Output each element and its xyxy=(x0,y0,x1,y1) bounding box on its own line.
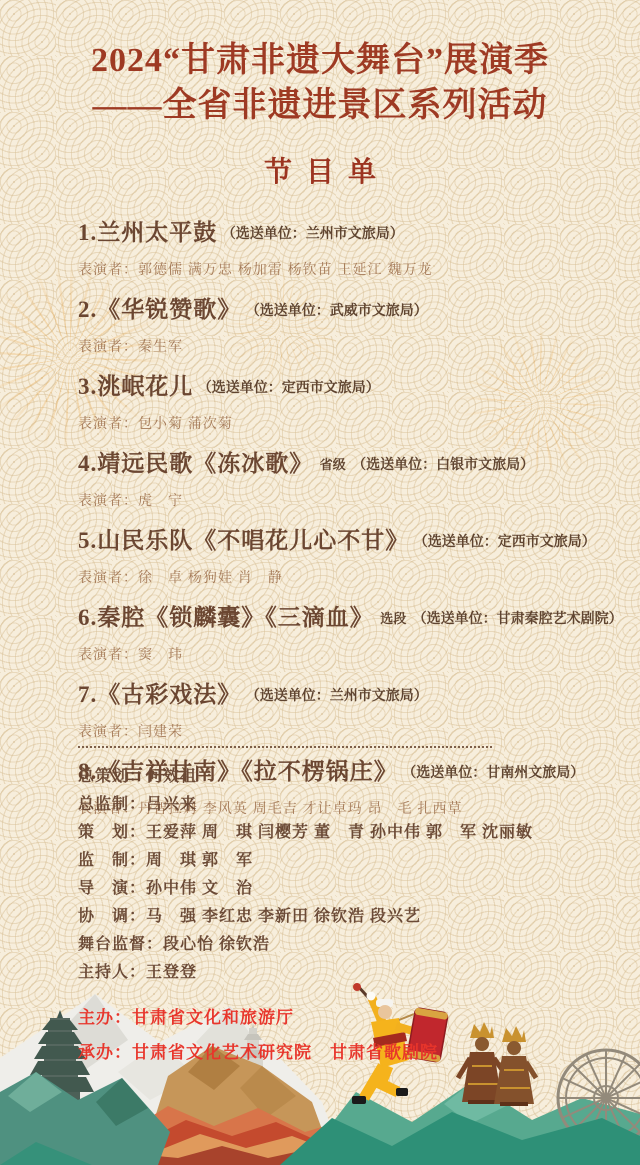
credit-line: 总监制：吕兴来 xyxy=(78,791,600,819)
program-poster: 2024“甘肃非遗大舞台”展演季 ——全省非遗进景区系列活动 节目单 1.兰州太… xyxy=(0,0,640,1165)
poster-title-line1: 2024“甘肃非遗大舞台”展演季 xyxy=(0,38,640,83)
program-performers: 表演者：秦生军 xyxy=(78,336,604,356)
organizer-line: 主办：甘肃省文化和旅游厅 xyxy=(78,1000,600,1035)
organizer-line: 承办：甘肃省文化艺术研究院 甘肃省歌剧院 xyxy=(78,1035,600,1070)
credit-line: 导 演：孙中伟 文 治 xyxy=(78,875,600,903)
program-title-row: 5.山民乐队《不唱花儿心不甘》 （选送单位：定西市文旅局） xyxy=(78,526,604,559)
program-title: 4.靖远民歌《冻冰歌》 xyxy=(78,451,313,476)
program-title: 3.洮岷花儿 xyxy=(78,374,193,399)
credits-block: 总策划：何效祖 总监制：吕兴来 策 划：王爱萍 周 琪 闫樱芳 董 青 孙中伟 … xyxy=(78,763,600,987)
organizer-value: 甘肃省文化艺术研究院 甘肃省歌剧院 xyxy=(132,1043,438,1062)
program-item: 1.兰州太平鼓 （选送单位：兰州市文旅局） 表演者：郭德儒 满万忠 杨加雷 杨钦… xyxy=(78,218,604,279)
organizer-label: 承办： xyxy=(78,1043,132,1062)
program-submitting-unit: （选送单位：定西市文旅局） xyxy=(198,379,380,395)
credit-line: 舞台监督：段心怡 徐钦浩 xyxy=(78,931,600,959)
credit-names: 王登登 xyxy=(146,964,197,981)
dotted-divider xyxy=(78,746,492,748)
credit-role: 总监制： xyxy=(78,796,146,813)
credit-line: 总策划：何效祖 xyxy=(78,763,600,791)
poster-title-line2: ——全省非遗进景区系列活动 xyxy=(0,83,640,128)
organizer-value: 甘肃省文化和旅游厅 xyxy=(132,1008,294,1027)
program-performers: 表演者：郭德儒 满万忠 杨加雷 杨钦苗 王延江 魏万龙 xyxy=(78,259,604,279)
program-title: 2.《华锐赞歌》 xyxy=(78,297,241,322)
poster-title: 2024“甘肃非遗大舞台”展演季 ——全省非遗进景区系列活动 xyxy=(0,38,640,128)
credit-names: 孙中伟 文 治 xyxy=(146,880,253,897)
program-title: 6.秦腔《锁麟囊》《三滴血》 xyxy=(78,605,374,630)
credit-names: 段心怡 徐钦浩 xyxy=(163,936,270,953)
organizers-block: 主办：甘肃省文化和旅游厅 承办：甘肃省文化艺术研究院 甘肃省歌剧院 xyxy=(78,1000,600,1070)
program-title-row: 2.《华锐赞歌》 （选送单位：武威市文旅局） xyxy=(78,295,604,328)
credit-role: 策 划： xyxy=(78,824,146,841)
program-item: 2.《华锐赞歌》 （选送单位：武威市文旅局） 表演者：秦生军 xyxy=(78,295,604,356)
program-item: 3.洮岷花儿 （选送单位：定西市文旅局） 表演者：包小菊 蒲次菊 xyxy=(78,372,604,433)
program-performers: 表演者：虎 宁 xyxy=(78,490,604,510)
program-title: 1.兰州太平鼓 xyxy=(78,220,217,245)
organizer-label: 主办： xyxy=(78,1008,132,1027)
program-title-row: 3.洮岷花儿 （选送单位：定西市文旅局） xyxy=(78,372,604,405)
credit-line: 策 划：王爱萍 周 琪 闫樱芳 董 青 孙中伟 郭 军 沈丽敏 xyxy=(78,819,600,847)
program-performers: 表演者：窦 玮 xyxy=(78,644,604,664)
program-title-row: 7.《古彩戏法》 （选送单位：兰州市文旅局） xyxy=(78,680,604,713)
program-list: 1.兰州太平鼓 （选送单位：兰州市文旅局） 表演者：郭德儒 满万忠 杨加雷 杨钦… xyxy=(78,218,604,834)
program-title-row: 6.秦腔《锁麟囊》《三滴血》 选段 （选送单位：甘肃秦腔艺术剧院） xyxy=(78,603,604,636)
credit-names: 周 琪 郭 军 xyxy=(146,852,253,869)
program-title: 7.《古彩戏法》 xyxy=(78,682,241,707)
credit-role: 监 制： xyxy=(78,852,146,869)
program-item: 5.山民乐队《不唱花儿心不甘》 （选送单位：定西市文旅局） 表演者：徐 卓 杨狗… xyxy=(78,526,604,587)
program-title-row: 4.靖远民歌《冻冰歌》 省级 （选送单位：白银市文旅局） xyxy=(78,449,604,482)
program-note: 省级 xyxy=(320,457,346,472)
credit-role: 舞台监督： xyxy=(78,936,163,953)
program-submitting-unit: （选送单位：甘肃秦腔艺术剧院） xyxy=(413,610,623,626)
credit-names: 王爱萍 周 琪 闫樱芳 董 青 孙中伟 郭 军 沈丽敏 xyxy=(146,824,533,841)
program-performers: 表演者：徐 卓 杨狗娃 肖 静 xyxy=(78,567,604,587)
program-submitting-unit: （选送单位：定西市文旅局） xyxy=(414,533,596,549)
credit-role: 协 调： xyxy=(78,908,146,925)
credit-names: 何效祖 xyxy=(146,768,197,785)
program-list-heading: 节目单 xyxy=(0,150,640,190)
program-item: 4.靖远民歌《冻冰歌》 省级 （选送单位：白银市文旅局） 表演者：虎 宁 xyxy=(78,449,604,510)
program-performers: 表演者：闫建荣 xyxy=(78,721,604,741)
program-note: 选段 xyxy=(380,611,406,626)
program-submitting-unit: （选送单位：武威市文旅局） xyxy=(246,302,428,318)
credit-role: 主持人： xyxy=(78,964,146,981)
credit-names: 马 强 李红忠 李新田 徐钦浩 段兴艺 xyxy=(146,908,421,925)
credit-role: 导 演： xyxy=(78,880,146,897)
program-submitting-unit: （选送单位：兰州市文旅局） xyxy=(222,225,404,241)
program-title-row: 1.兰州太平鼓 （选送单位：兰州市文旅局） xyxy=(78,218,604,251)
program-item: 7.《古彩戏法》 （选送单位：兰州市文旅局） 表演者：闫建荣 xyxy=(78,680,604,741)
program-submitting-unit: （选送单位：白银市文旅局） xyxy=(352,456,534,472)
credit-role: 总策划： xyxy=(78,768,146,785)
credit-line: 协 调：马 强 李红忠 李新田 徐钦浩 段兴艺 xyxy=(78,903,600,931)
program-title: 5.山民乐队《不唱花儿心不甘》 xyxy=(78,528,409,553)
program-item: 6.秦腔《锁麟囊》《三滴血》 选段 （选送单位：甘肃秦腔艺术剧院） 表演者：窦 … xyxy=(78,603,604,664)
program-performers: 表演者：包小菊 蒲次菊 xyxy=(78,413,604,433)
credit-names: 吕兴来 xyxy=(146,796,197,813)
credit-line: 监 制：周 琪 郭 军 xyxy=(78,847,600,875)
program-submitting-unit: （选送单位：兰州市文旅局） xyxy=(246,687,428,703)
